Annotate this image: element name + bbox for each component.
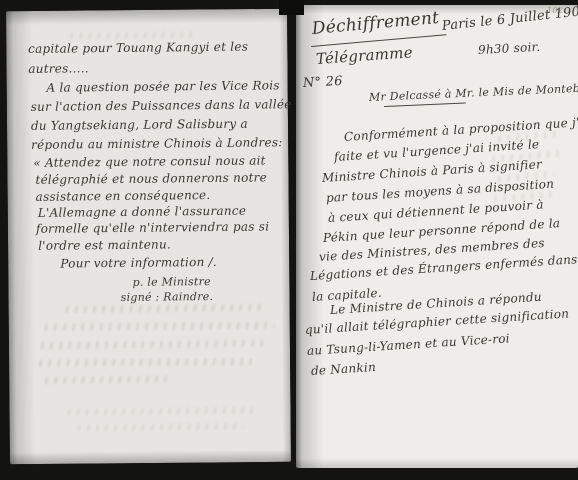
manuscript-line: au Tsung-li-Yamen et au Vice-roi [307, 331, 511, 358]
doc-kind-label: Télégramme [315, 43, 413, 68]
recipient-line: Mr Delcassé à Mr. le Mis de Montebello. [369, 81, 578, 104]
underline-flourish [384, 102, 466, 107]
manuscript-line: Conformément à la proposition que j'avai… [344, 113, 578, 144]
document-scan: capitale pour Touang Kangyi et les autre… [0, 0, 578, 480]
doc-number: N° 26 [303, 74, 344, 91]
gutter-shadow [279, 0, 304, 15]
doc-type-label: Déchiffrement [311, 8, 440, 39]
right-page-text: 102 Déchiffrement Télégramme N° 26 Paris… [0, 0, 578, 480]
manuscript-line: de Nankin [311, 360, 377, 378]
time-label: 9h30 soir. [478, 40, 541, 57]
dateline: Paris le 6 Juillet 1900 [441, 4, 578, 34]
